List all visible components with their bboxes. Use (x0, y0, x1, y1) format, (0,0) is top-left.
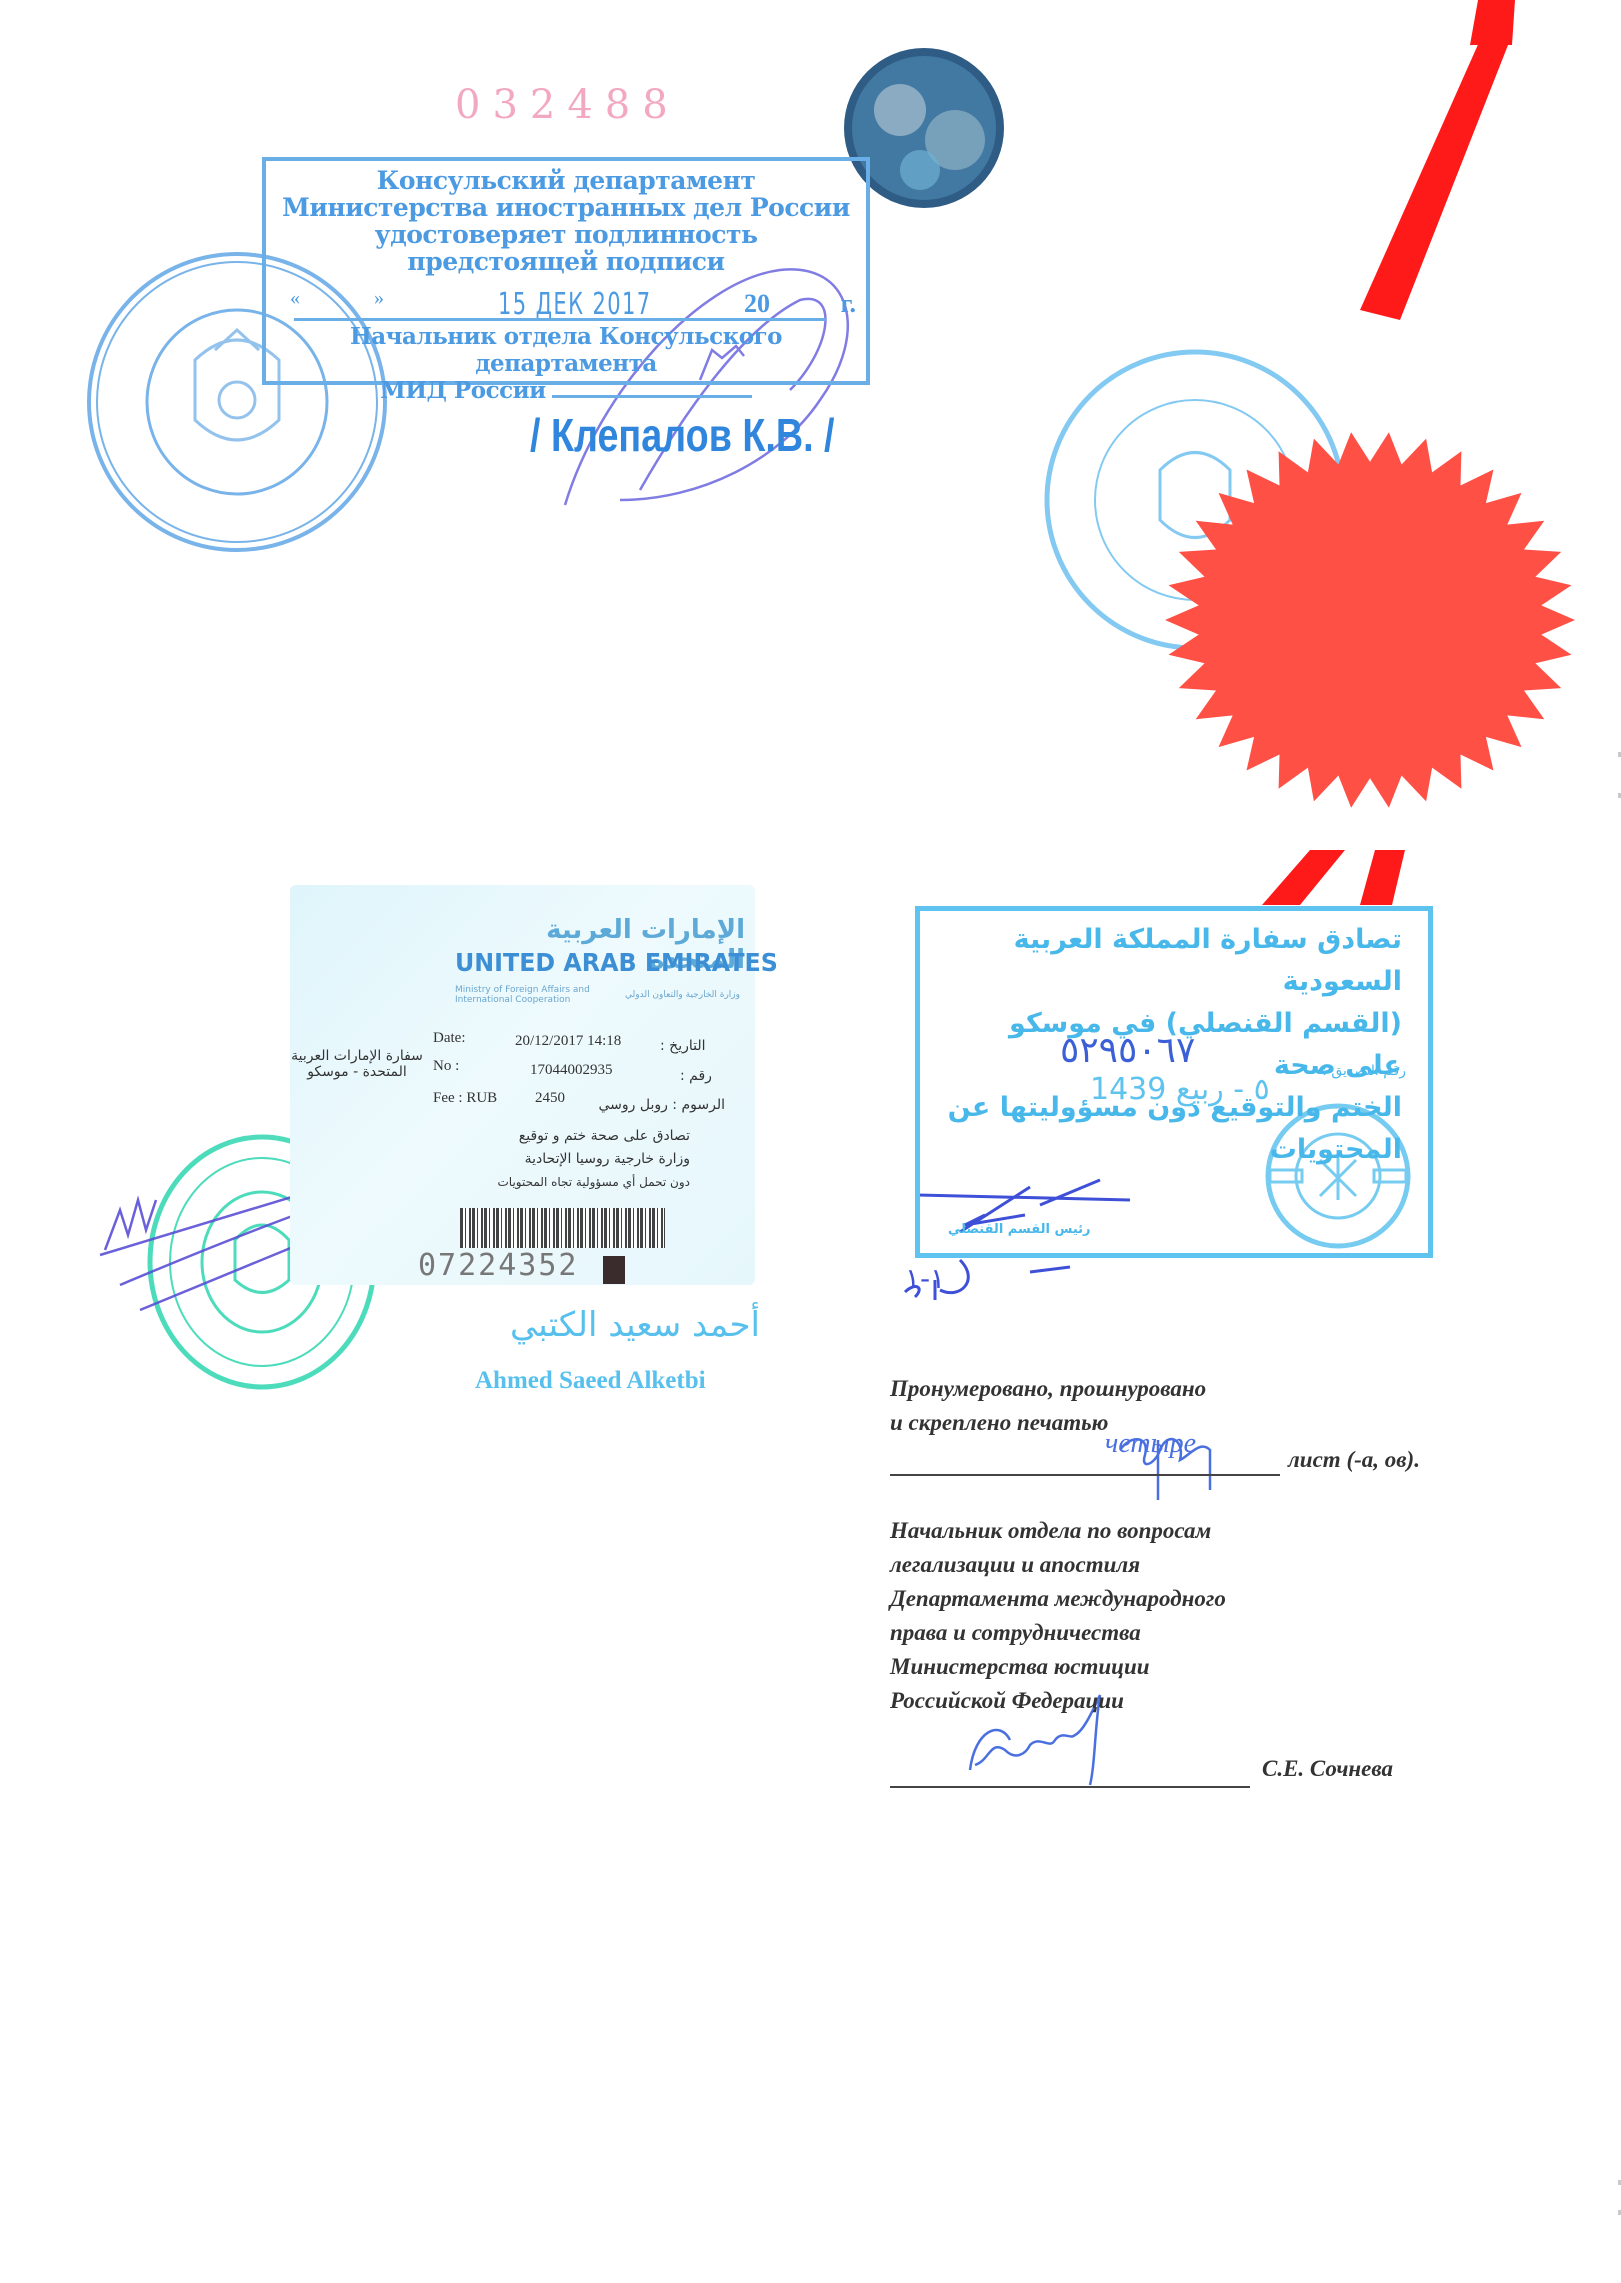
uae-fee-label: Fee : RUB (433, 1090, 497, 1107)
moj-position-line: Департамента международного (890, 1582, 1226, 1616)
sheet-count-underline (890, 1474, 1280, 1476)
handwritten-sheet-count: четыре (1105, 1428, 1196, 1460)
mfa-year-prefix: 20 (744, 289, 770, 319)
uae-text-ar-line2: وزارة خارجية روسيا الإتحادية (480, 1148, 690, 1171)
saudi-signatory-title: رئيس القسم القنصلي (948, 1222, 1091, 1237)
uae-ministry-en: Ministry of Foreign Affairs and Internat… (455, 985, 595, 1005)
saudi-legalization-number: ٥٢٩٥٠٦٧ (1060, 1030, 1195, 1071)
saudi-handwritten-date: ١-١ (905, 1262, 945, 1295)
mfa-position-line2: МИД России (380, 377, 545, 404)
moj-position-line: Начальник отдела по вопросам (890, 1514, 1226, 1548)
mfa-stamp-date: 15 ДЕК 2017 (498, 287, 652, 322)
uae-title-en: UNITED ARAB EMIRATES (455, 948, 778, 977)
moj-numbered-line1: Пронумеровано, прошнуровано (890, 1372, 1206, 1406)
moj-signature-line (890, 1786, 1250, 1788)
uae-no-value: 17044002935 (530, 1062, 613, 1079)
date-quote-open: « (290, 287, 300, 310)
moj-position-line: Министерства юстиции (890, 1650, 1226, 1684)
moj-sheets-label: лист (-а, ов). (1288, 1443, 1420, 1477)
moj-position-line: Российской Федерации (890, 1684, 1226, 1718)
uae-barcode (460, 1208, 665, 1248)
uae-text-ar-line1: تصادق على صحة ختم و توقيع (480, 1125, 690, 1148)
signature-line (552, 395, 752, 398)
wax-seal-starburst (1165, 432, 1575, 808)
uae-no-label-ar: رقم : (680, 1068, 712, 1084)
uae-date-value: 20/12/2017 14:18 (515, 1033, 621, 1050)
mfa-year-suffix: г. (841, 289, 856, 319)
uae-embassy-ar-line1: سفارة الإمارات العربية (282, 1048, 432, 1064)
moj-position-lines: Начальник отдела по вопросам легализации… (890, 1514, 1226, 1718)
mfa-position-line1: Начальник отдела Консульского департамен… (266, 323, 866, 377)
mfa-stamp-line: Министерства иностранных дел России (266, 194, 866, 221)
uae-fee-value: 2450 (535, 1090, 565, 1107)
saudi-stamp-line: تصادق سفارة المملكة العربية السعودية (946, 919, 1402, 1003)
mfa-date-row: « » 15 ДЕК 2017 20 г. (266, 283, 866, 323)
date-underline (294, 318, 826, 321)
uae-no-label: No : (433, 1058, 459, 1075)
uae-embassy-ar: سفارة الإمارات العربية المتحدة - موسكو (282, 1048, 432, 1080)
uae-barcode-number: 07224352 (418, 1248, 579, 1283)
uae-text-ar-line3: دون تحمل أي مسؤولية تجاه المحتويات (480, 1171, 690, 1194)
serial-number: 032488 (455, 82, 680, 128)
date-quote-close: » (374, 287, 384, 310)
uae-legalization-text-ar: تصادق على صحة ختم و توقيع وزارة خارجية ر… (480, 1125, 690, 1194)
uae-signatory-name-en: Ahmed Saeed Alketbi (475, 1367, 706, 1395)
mfa-consular-stamp: Консульский департамент Министерства ино… (262, 157, 870, 385)
moj-numbered-line2: и скреплено печатью (890, 1406, 1108, 1440)
moj-position-line: легализации и апостиля (890, 1548, 1226, 1582)
uae-date-label: Date: (433, 1030, 465, 1047)
uae-hologram-chip (603, 1256, 625, 1284)
uae-signatory-name-ar: أحمد سعيد الكتبي (480, 1305, 760, 1345)
uae-embassy-ar-line2: المتحدة - موسكو (282, 1064, 432, 1080)
saudi-number-label: رقم التصديق : (1322, 1063, 1406, 1079)
moj-signatory-name: С.Е. Сочнева (1262, 1752, 1393, 1786)
uae-ministry-ar: وزارة الخارجية والتعاون الدولي (620, 990, 740, 1000)
uae-fee-label-ar: الرسوم : روبل روسي (585, 1097, 725, 1113)
saudi-stamp-date: ٥ - ربيع 1439 (1090, 1072, 1270, 1107)
mfa-stamp-line: Консульский департамент (266, 167, 866, 194)
mfa-stamp-line: удостоверяет подлинность (266, 221, 866, 248)
mfa-stamp-line: предстоящей подписи (266, 248, 866, 275)
moj-position-line: права и сотрудничества (890, 1616, 1226, 1650)
uae-date-label-ar: التاريخ : (660, 1038, 706, 1054)
mfa-signatory-name: / Клепалов К.В. / (530, 408, 835, 462)
